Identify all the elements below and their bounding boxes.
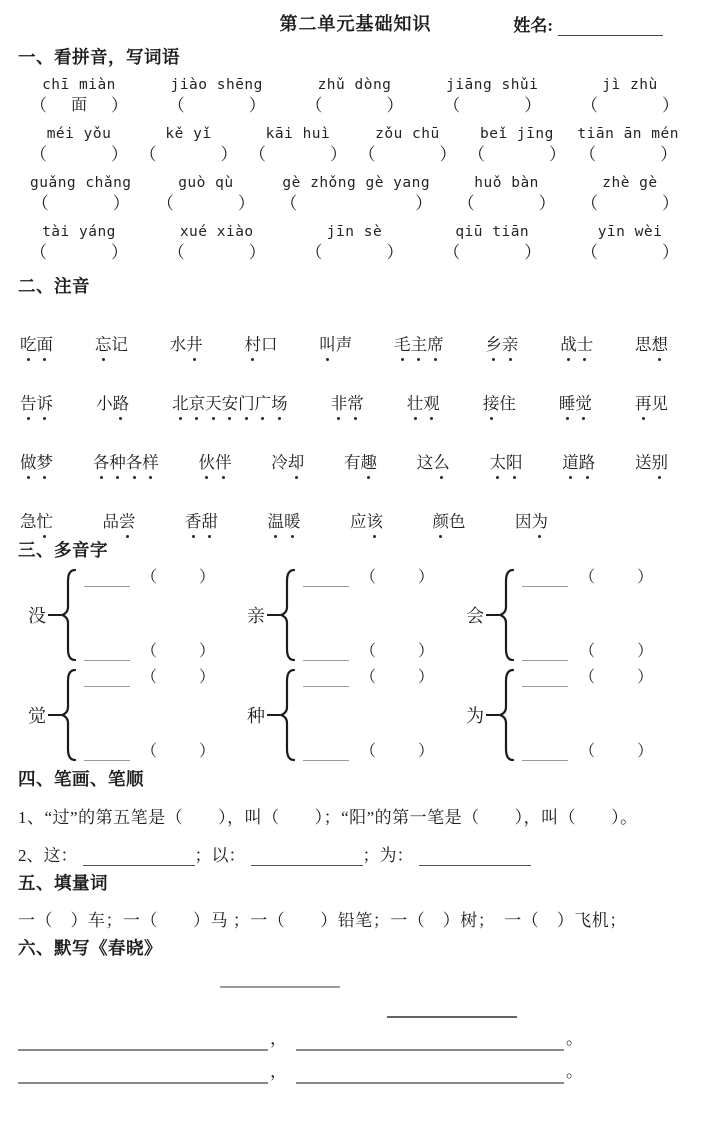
paren-open: （ [141,669,157,686]
verse-blank [296,1035,564,1051]
paren-close: ） [220,144,237,166]
duoyinzi-option: （） [522,643,653,661]
section-heading-duoyinzi: 三、多音字 [18,537,693,562]
pinyin-unit: tài yáng（） [30,224,128,264]
duoyinzi-option: （） [84,569,215,587]
pinyin-unit: jì zhù（） [581,77,679,117]
paren-open: （ [141,643,157,660]
paren-close: ） [111,242,128,264]
section-heading-recite-poem: 六、默写《春晓》 [18,935,693,960]
duoyinzi-row: 觉（）（）种（）（）为（）（） [18,668,693,762]
stroke-order-line: 2、这：；以：；为： [18,841,693,866]
hanzi-char: 安 [222,393,239,415]
duoyinzi-option: （） [303,743,434,761]
duoyinzi-group: 亲（）（） [247,568,434,662]
answer-bracket: （） [306,95,404,117]
word-item: 睡觉 [559,393,592,415]
paren-close: ） [415,193,432,215]
pinyin-text: beǐ jīng [480,126,554,142]
word-item: 乡亲 [485,334,518,356]
pinyin-rows: chī miàn（面）jiào shēng（）zhǔ dòng（）jiāng s… [18,77,693,264]
hanzi-char: 京 [189,393,206,415]
poem-verse-row: ， 。 [18,1060,693,1084]
paren-close: ） [249,95,266,117]
pinyin-text: jiào shēng [171,77,263,93]
paren-open: （ [581,95,598,117]
pinyin-blank-line [303,647,349,661]
paren-open: （ [581,193,598,215]
pinyin-unit: méi yǒu（） [30,126,128,166]
word-item: 品尝 [103,511,136,533]
stroke-order-item: ；以： [195,841,363,866]
paren-open: （ [360,643,376,660]
hanzi-char: 战 [560,334,577,356]
pinyin-blank-line [84,673,130,687]
word-bracket: （） [579,569,653,587]
period-mark: 。 [566,1060,583,1084]
duoyinzi-char: 为 [466,702,484,728]
pinyin-unit: xué xiào（） [168,224,266,264]
duoyinzi-group: 会（）（） [466,568,653,662]
pinyin-text: yīn wèi [598,224,663,240]
word-item: 香甜 [185,511,218,533]
paren-open: （ [360,569,376,586]
word-item: 告诉 [20,393,53,415]
paren-open: （ [579,669,595,686]
hanzi-char: 席 [427,334,444,356]
hanzi-char: 这 [417,452,434,474]
hanzi-char: 急 [20,511,37,533]
duoyinzi-option: （） [522,743,653,761]
hanzi-char: 非 [331,393,348,415]
name-blank-line [558,19,663,36]
pinyin-blank-line [84,573,130,587]
duoyinzi-option: （） [84,643,215,661]
hanzi-char: 阳 [506,452,523,474]
hanzi-char: 天 [205,393,222,415]
stroke-order-item: 2、这： [18,841,195,866]
duoyinzi-options: （）（） [303,668,434,762]
answer-bracket: （） [157,193,255,215]
hanzi-char: 场 [271,393,288,415]
answer-bracket: （） [581,193,679,215]
duoyinzi-option: （） [84,669,215,687]
paren-open: （ [443,95,460,117]
paren-close: ） [549,144,566,166]
hanzi-char: 口 [261,334,278,356]
hanzi-char: 为 [532,511,549,533]
paren-close: ） [418,643,434,660]
hanzi-char: 该 [367,511,384,533]
section-heading-strokes: 四、笔画、笔顺 [18,766,693,791]
stroke-order-blank [419,850,531,866]
answer-bracket: （） [30,242,128,264]
word-item: 送别 [635,452,668,474]
pinyin-text: chī miàn [42,77,116,93]
section-heading-measure-words: 五、填量词 [18,870,693,895]
hanzi-char: 观 [423,393,440,415]
answer-bracket: （） [249,144,347,166]
duoyinzi-char: 亲 [247,602,265,628]
pinyin-blank-line [522,647,568,661]
brace-icon [60,568,78,662]
hanzi-char: 冷 [271,452,288,474]
hanzi-char: 太 [490,452,507,474]
poem-author-blank [387,1016,517,1018]
pinyin-text: kě yǐ [165,126,211,142]
paren-open: （ [249,144,266,166]
word-bracket: （） [141,643,215,661]
paren-open: （ [32,193,49,215]
hanzi-char: 香 [185,511,202,533]
verse-blank [18,1035,268,1051]
duoyinzi-group: 觉（）（） [28,668,215,762]
paren-open: （ [581,242,598,264]
pinyin-unit: chī miàn（面） [30,77,128,117]
hanzi-char: 思 [635,334,652,356]
answer-bracket: （） [30,144,128,166]
word-bracket: （） [579,643,653,661]
period-mark: 。 [566,1027,583,1051]
answer-bracket: （） [168,95,266,117]
paren-open: （ [30,144,47,166]
word-item: 北京天安门广场 [172,393,288,415]
pinyin-word-row: chī miàn（面）jiào shēng（）zhǔ dòng（）jiāng s… [18,77,693,117]
paren-open: （ [157,193,174,215]
pinyin-unit: zǒu chū（） [358,126,456,166]
word-item: 吃面 [20,334,53,356]
paren-close: ） [637,569,653,586]
paren-close: ） [238,193,255,215]
hanzi-char: 色 [449,511,466,533]
hanzi-char: 做 [20,452,37,474]
hanzi-char: 各 [93,452,110,474]
paren-close: ） [524,95,541,117]
pinyin-unit: kě yǐ（） [139,126,237,166]
pinyin-unit: yīn wèi（） [581,224,679,264]
pinyin-blank-line [522,747,568,761]
paren-close: ） [387,95,404,117]
pinyin-text: kāi huì [266,126,331,142]
paren-open: （ [360,743,376,760]
pinyin-unit: gè zhǒng gè yang（） [280,175,432,215]
paren-close: ） [199,743,215,760]
stroke-order-label: ；为： [363,841,414,866]
stroke-order-label: 2、这： [18,841,78,866]
answer-bracket: （） [581,242,679,264]
hanzi-char: 因 [515,511,532,533]
poem-title-blank [220,986,340,988]
stroke-order-blank [251,850,363,866]
pinyin-blank-line [303,673,349,687]
poem-verse-row: ， 。 [18,1027,693,1051]
annotation-rows: 吃面忘记水井村口叫声毛主席乡亲战士思想告诉小路北京天安门广场非常壮观接住睡觉再见… [18,334,693,533]
hanzi-char: 品 [103,511,120,533]
pinyin-text: guò qù [178,175,233,191]
paren-open: （ [306,95,323,117]
section-heading-annotate-pinyin: 二、注音 [18,273,693,298]
hanzi-char: 别 [652,452,669,474]
hanzi-char: 吃 [20,334,37,356]
paren-open: （ [579,144,596,166]
word-item: 颜色 [433,511,466,533]
paren-close: ） [418,743,434,760]
pinyin-text: jīn sè [327,224,382,240]
hanzi-char: 士 [577,334,594,356]
hanzi-char: 觉 [575,393,592,415]
measure-word-line: 一（ ）车；一（ ）马 ；一（ ）铅笔；一（ ）树； 一（ ）飞机； [18,906,693,931]
hanzi-char: 梦 [37,452,54,474]
word-item: 水井 [170,334,203,356]
hanzi-char: 声 [336,334,353,356]
pinyin-unit: zhè gè（） [581,175,679,215]
pinyin-text: gè zhǒng gè yang [282,175,430,191]
pinyin-unit: jiào shēng（） [168,77,266,117]
answer-bracket: （） [280,193,432,215]
stroke-order-blank [83,850,195,866]
paren-close: ） [113,193,130,215]
word-item: 应该 [350,511,383,533]
word-bracket: （） [360,569,434,587]
paren-open: （ [468,144,485,166]
pinyin-blank-line [303,573,349,587]
paren-open: （ [360,669,376,686]
hanzi-char: 主 [411,334,428,356]
answer-blank: 面 [47,95,111,117]
duoyinzi-char: 没 [28,602,46,628]
annotation-word-row: 做梦各种各样伙伴冷却有趣这么太阳道路送别 [18,452,693,474]
pinyin-unit: kāi huì（） [249,126,347,166]
hanzi-char: 忘 [95,334,112,356]
word-item: 太阳 [490,452,523,474]
paren-close: ） [637,643,653,660]
pinyin-word-row: guǎng chǎng（）guò qù（）gè zhǒng gè yang（）h… [18,175,693,215]
paren-close: ） [637,669,653,686]
duoyinzi-options: （）（） [522,568,653,662]
hanzi-char: 趣 [361,452,378,474]
paren-open: （ [280,193,297,215]
hanzi-char: 有 [344,452,361,474]
paren-close: ） [662,193,679,215]
hanzi-char: 诉 [37,393,54,415]
paren-open: （ [458,193,475,215]
word-item: 因为 [515,511,548,533]
pinyin-text: guǎng chǎng [30,175,132,191]
brace-icon [279,668,297,762]
duoyinzi-option: （） [84,743,215,761]
answer-bracket: （） [581,95,679,117]
paren-open: （ [168,95,185,117]
duoyinzi-group: 没（）（） [28,568,215,662]
pinyin-text: zhǔ dòng [318,77,392,93]
answer-bracket: （） [358,144,456,166]
hanzi-char: 暖 [284,511,301,533]
paren-close: ） [418,569,434,586]
hanzi-char: 么 [433,452,450,474]
pinyin-text: zhè gè [602,175,657,191]
paren-open: （ [306,242,323,264]
verse-blank [18,1068,268,1084]
paren-close: ） [662,242,679,264]
duoyinzi-options: （）（） [522,668,653,762]
duoyinzi-block: 没（）（）亲（）（）会（）（）觉（）（）种（）（）为（）（） [18,568,693,762]
word-bracket: （） [360,643,434,661]
duoyinzi-options: （）（） [84,668,215,762]
answer-bracket: （） [579,144,677,166]
hanzi-char: 伙 [199,452,216,474]
answer-bracket: （） [32,193,130,215]
hanzi-char: 广 [255,393,272,415]
annotation-word-row: 告诉小路北京天安门广场非常壮观接住睡觉再见 [18,393,693,415]
hanzi-char: 记 [111,334,128,356]
word-bracket: （） [360,743,434,761]
word-item: 做梦 [20,452,53,474]
hanzi-char: 温 [268,511,285,533]
page-header: 第二单元基础知识 姓名: [18,10,693,40]
hanzi-char: 水 [170,334,187,356]
paren-close: ） [111,144,128,166]
hanzi-char: 尝 [119,511,136,533]
verse-blank [296,1068,564,1084]
word-item: 叫声 [319,334,352,356]
pinyin-unit: guǎng chǎng（） [30,175,132,215]
word-bracket: （） [141,669,215,687]
word-item: 这么 [417,452,450,474]
paren-close: ） [111,95,128,117]
pinyin-text: huǒ bàn [474,175,539,191]
duoyinzi-option: （） [303,643,434,661]
hanzi-char: 应 [350,511,367,533]
answer-bracket: （） [443,242,541,264]
hanzi-char: 门 [238,393,255,415]
hanzi-char: 睡 [559,393,576,415]
word-item: 伙伴 [199,452,232,474]
duoyinzi-option: （） [522,569,653,587]
pinyin-unit: zhǔ dòng（） [306,77,404,117]
hanzi-char: 接 [483,393,500,415]
stroke-order-label: ；以： [195,841,246,866]
paren-close: ） [439,144,456,166]
hanzi-char: 伴 [215,452,232,474]
pinyin-text: qiū tiān [455,224,529,240]
word-bracket: （） [141,569,215,587]
paren-close: ） [637,743,653,760]
name-label: 姓名: [513,11,553,36]
hanzi-char: 种 [109,452,126,474]
duoyinzi-options: （）（） [84,568,215,662]
hanzi-char: 再 [635,393,652,415]
brace-icon [498,668,516,762]
pinyin-blank-line [84,747,130,761]
hanzi-char: 却 [288,452,305,474]
answer-bracket: （） [443,95,541,117]
hanzi-char: 毛 [394,334,411,356]
pinyin-word-row: méi yǒu（）kě yǐ（）kāi huì（）zǒu chū（）beǐ jī… [18,126,693,166]
word-item: 小路 [96,393,129,415]
section-heading-pinyin-to-words: 一、看拼音，写词语 [18,44,693,69]
paren-close: ） [199,569,215,586]
word-bracket: （） [579,669,653,687]
answer-bracket: （） [458,193,556,215]
pinyin-unit: guò qù（） [157,175,255,215]
paren-close: ） [199,669,215,686]
duoyinzi-option: （） [303,569,434,587]
hanzi-char: 井 [186,334,203,356]
hanzi-char: 颜 [433,511,450,533]
hanzi-char: 叫 [319,334,336,356]
pinyin-blank-line [303,747,349,761]
word-item: 温暖 [268,511,301,533]
paren-open: （ [141,569,157,586]
word-item: 道路 [562,452,595,474]
pinyin-unit: huǒ bàn（） [458,175,556,215]
hanzi-char: 忙 [37,511,54,533]
duoyinzi-char: 觉 [28,702,46,728]
word-item: 急忙 [20,511,53,533]
answer-bracket: （） [168,242,266,264]
hanzi-char: 常 [347,393,364,415]
word-item: 再见 [635,393,668,415]
word-item: 冷却 [271,452,304,474]
pinyin-blank-line [522,573,568,587]
word-bracket: （） [360,669,434,687]
paren-open: （ [579,743,595,760]
duoyinzi-group: 为（）（） [466,668,653,762]
paren-close: ） [418,669,434,686]
word-item: 毛主席 [394,334,444,356]
word-item: 非常 [331,393,364,415]
paren-open: （ [443,242,460,264]
duoyinzi-row: 没（）（）亲（）（）会（）（） [18,568,693,662]
pinyin-unit: beǐ jīng（） [468,126,566,166]
hanzi-char: 住 [499,393,516,415]
pinyin-unit: qiū tiān（） [443,224,541,264]
pinyin-unit: jiāng shǔi（） [443,77,541,117]
paren-close: ） [199,643,215,660]
answer-bracket: （） [306,242,404,264]
hanzi-char: 路 [113,393,130,415]
pinyin-unit: jīn sè（） [306,224,404,264]
duoyinzi-char: 种 [247,702,265,728]
pinyin-text: xué xiào [180,224,254,240]
hanzi-char: 告 [20,393,37,415]
stroke-order-item: ；为： [363,841,531,866]
hanzi-char: 甜 [202,511,219,533]
pinyin-text: méi yǒu [47,126,112,142]
hanzi-char: 想 [652,334,669,356]
paren-close: ） [330,144,347,166]
hanzi-char: 路 [579,452,596,474]
paren-close: ） [387,242,404,264]
name-field: 姓名: [513,11,663,36]
worksheet-page: 第二单元基础知识 姓名: 一、看拼音，写词语 chī miàn（面）jiào s… [0,0,711,1123]
annotation-word-row: 急忙品尝香甜温暖应该颜色因为 [18,511,693,533]
paren-open: （ [358,144,375,166]
hanzi-char: 北 [172,393,189,415]
pinyin-text: tiān ān mén [577,126,679,142]
word-bracket: （） [579,743,653,761]
hanzi-char: 见 [651,393,668,415]
word-item: 各种各样 [93,452,159,474]
hanzi-char: 小 [96,393,113,415]
hanzi-char: 面 [37,334,54,356]
hanzi-char: 壮 [407,393,424,415]
pinyin-text: jiāng shǔi [446,77,538,93]
paren-close: ） [249,242,266,264]
hanzi-char: 送 [635,452,652,474]
duoyinzi-char: 会 [466,602,484,628]
hanzi-char: 亲 [502,334,519,356]
